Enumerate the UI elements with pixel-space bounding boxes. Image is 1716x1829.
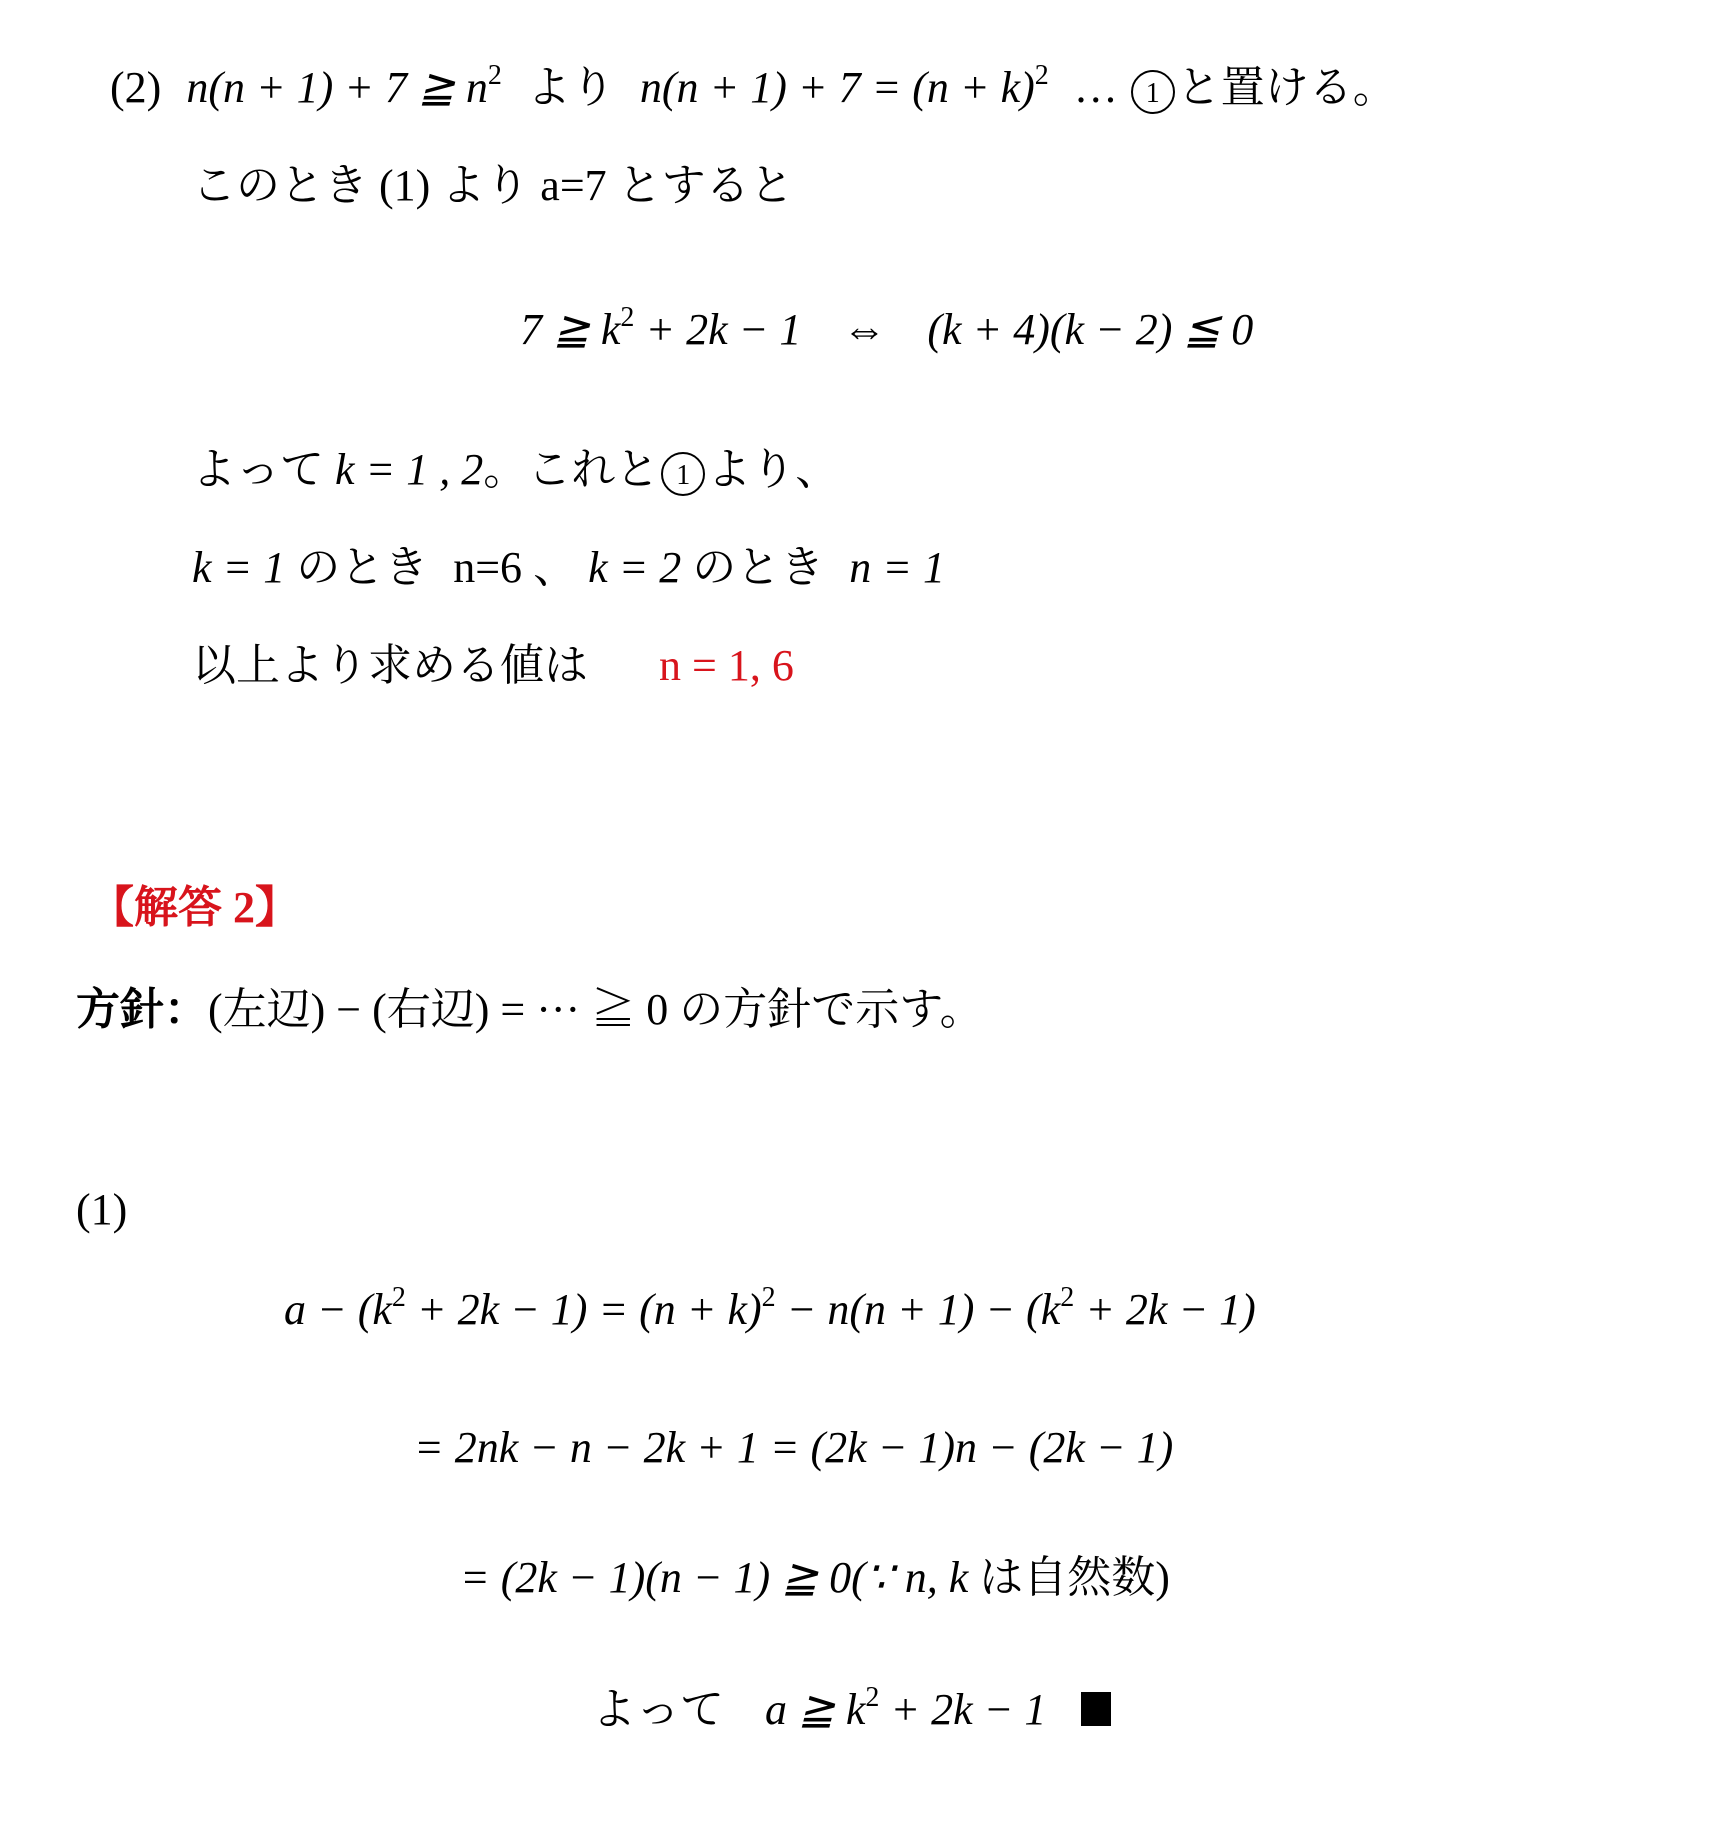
result-n1: n = 1 xyxy=(849,543,945,592)
circled-ref-1: 1 xyxy=(661,452,705,496)
exponent: 2 xyxy=(488,60,502,91)
eq1-part: + 2k − 1) xyxy=(1085,1285,1256,1334)
k-values: k = 1 , 2 xyxy=(335,445,483,494)
eq1-part: − n(n + 1) − (k xyxy=(787,1285,1061,1334)
display-inequality: 7 ≧ k2 + 2k − 1 ⇔ (k + 4)(k − 2) ≦ 0 xyxy=(520,300,1253,360)
equation-2: = 2nk − n − 2k + 1 = (2k − 1)n − (2k − 1… xyxy=(414,1418,1173,1478)
qed-square-icon xyxy=(1081,1692,1111,1726)
case-k1: k = 1 xyxy=(192,543,285,592)
policy-line: 方針：(左辺) − (右辺) = ··· ≧ 0 の方針で示す。 xyxy=(76,980,984,1040)
notoki-text: のとき xyxy=(692,543,824,592)
inequality-lhs: n(n + 1) + 7 ≧ n xyxy=(186,63,488,112)
exponent: 2 xyxy=(1035,60,1049,91)
exponent: 2 xyxy=(392,1282,406,1313)
ellipsis: … xyxy=(1074,63,1118,112)
equation-setup: n(n + 1) + 7 = (n + k) xyxy=(640,63,1035,112)
equation-3: = (2k − 1)(n − 1) ≧ 0(∵ n, k は自然数) xyxy=(460,1548,1170,1608)
oke-text: と置ける。 xyxy=(1177,63,1397,112)
cases-line: k = 1 のとき n=6 、 k = 2 のとき n = 1 xyxy=(192,538,945,598)
equation-4-conclusion: よって a ≧ k2 + 2k − 1 xyxy=(592,1680,1111,1740)
circled-ref-1: 1 xyxy=(1131,70,1175,114)
eq3-text: は自然数) xyxy=(979,1553,1170,1602)
eq3-math: = (2k − 1)(n − 1) ≧ 0(∵ n, k xyxy=(460,1553,968,1602)
conclusion-line: 以上より求める値は n = 1, 6 xyxy=(192,636,794,696)
eq1-part: + 2k − 1) = (n + k) xyxy=(417,1285,762,1334)
yotte-text: よって xyxy=(592,1685,724,1734)
policy-text: (左辺) − (右辺) = ··· ≧ 0 の方針で示す。 xyxy=(208,985,984,1034)
k-values-line: よって k = 1 , 2。これと1より、 xyxy=(192,440,839,500)
final-answer: n = 1, 6 xyxy=(659,641,794,690)
exponent: 2 xyxy=(620,302,634,333)
exponent: 2 xyxy=(762,1282,776,1313)
part2-condition-line: (2) n(n + 1) + 7 ≧ n2 より n(n + 1) + 7 = … xyxy=(110,58,1397,118)
part2-substitution-line: このとき (1) より a=7 とすると xyxy=(192,156,794,216)
inequality-left-rest: + 2k − 1 xyxy=(645,305,801,354)
part1-label: (1) xyxy=(76,1180,127,1240)
yori-text: より xyxy=(527,63,615,112)
part2-label: (2) xyxy=(110,63,161,112)
inequality-left: 7 ≧ k xyxy=(520,305,620,354)
comma: 、 xyxy=(533,543,577,592)
case-k2: k = 2 xyxy=(588,543,681,592)
iff-symbol: ⇔ xyxy=(842,305,886,354)
koreto-text: 。これと xyxy=(483,445,659,494)
eq1-part: a − (k xyxy=(284,1285,392,1334)
exponent: 2 xyxy=(865,1682,879,1713)
eq4-math-rest: + 2k − 1 xyxy=(890,1685,1046,1734)
factored-inequality: (k + 4)(k − 2) ≦ 0 xyxy=(927,305,1253,354)
exponent: 2 xyxy=(1060,1282,1074,1313)
conclusion-text: 以上より求める値は xyxy=(192,641,588,690)
equation-1: a − (k2 + 2k − 1) = (n + k)2 − n(n + 1) … xyxy=(284,1280,1256,1340)
eq2-text: = 2nk − n − 2k + 1 = (2k − 1)n − (2k − 1… xyxy=(414,1423,1173,1472)
answer2-heading: 【解答 2】 xyxy=(90,878,299,938)
yori-text: より、 xyxy=(707,445,839,494)
yotte-text: よって xyxy=(192,445,324,494)
notoki-text: のとき xyxy=(296,543,428,592)
eq4-math: a ≧ k xyxy=(765,1685,865,1734)
result-n6: n=6 xyxy=(453,543,522,592)
policy-label: 方針： xyxy=(76,984,208,1035)
